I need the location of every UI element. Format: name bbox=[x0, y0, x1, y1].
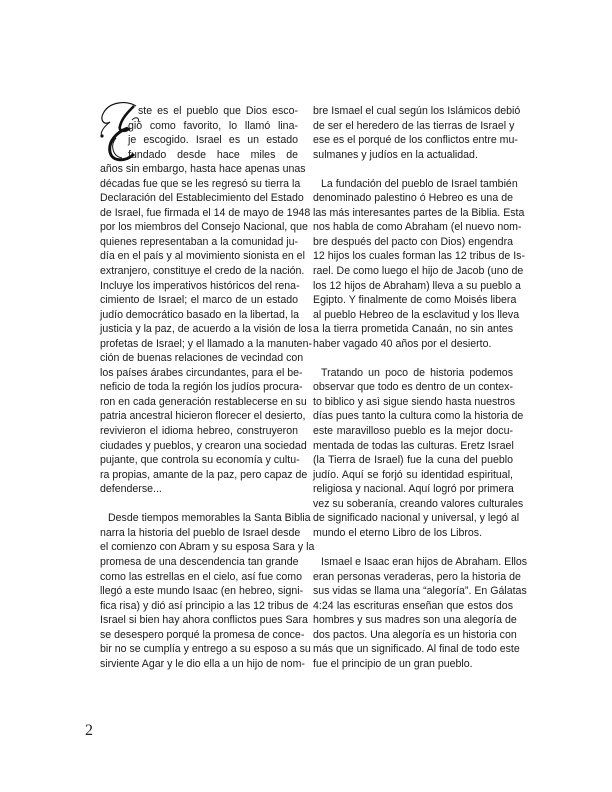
text-line: revivieron el idioma hebreo, construyero… bbox=[100, 424, 298, 439]
text-line: dos pactos. Una alegoría es un historia … bbox=[313, 628, 513, 643]
text-line: judío. Aquí se forjó su identidad espiri… bbox=[313, 468, 513, 483]
text-line: fica risa) y dió así principio a las 12 … bbox=[100, 599, 298, 614]
text-line: de significado nacional y universal, y l… bbox=[313, 511, 513, 526]
text-line: ra propias, amante de la paz, pero capaz… bbox=[100, 468, 298, 483]
text-line: más que un significado. Al final de todo… bbox=[313, 642, 513, 657]
text-line: Desde tiempos memorables la Santa Biblia bbox=[100, 511, 298, 526]
text-line: el comienzo con Abram y su esposa Sara y… bbox=[100, 540, 298, 555]
text-line: las más interesantes partes de la Biblia… bbox=[313, 206, 513, 221]
text-line: La fundación del pueblo de Israel tambié… bbox=[313, 177, 513, 192]
text-line: este maravilloso pueblo es la mejor docu… bbox=[313, 424, 513, 439]
text-line: narra la historia del pueblo de Israel d… bbox=[100, 526, 298, 541]
text-line: (la Tierra de Israel) fue la cuna del pu… bbox=[313, 453, 513, 468]
text-line: ste es el pueblo que Dios esco- bbox=[100, 104, 298, 119]
paragraph-gap bbox=[313, 540, 513, 555]
text-line: fundado desde hace miles de bbox=[100, 148, 298, 163]
text-line: por los miembros del Consejo Nacional, q… bbox=[100, 220, 298, 235]
text-line: Egipto. Y finalmente de como Moisés libe… bbox=[313, 293, 513, 308]
text-line: fue el principio de un gran pueblo. bbox=[313, 657, 513, 672]
text-line: bre después del pacto con Dios) engendra bbox=[313, 235, 513, 250]
text-line: je escogido. Israel es un estado bbox=[100, 133, 298, 148]
text-line: mundo el eterno Libro de los Libros. bbox=[313, 526, 513, 541]
text-line: extranjero, constituye el credo de la na… bbox=[100, 264, 298, 279]
paragraph-gap bbox=[313, 162, 513, 177]
text-line: de ser el heredero de las tierras de Isr… bbox=[313, 119, 513, 134]
text-line: mentada de todas las culturas. Eretz Isr… bbox=[313, 439, 513, 454]
text-line: vez su soberanía, creando valores cultur… bbox=[313, 497, 513, 512]
text-line: eran personas veraderas, pero la histori… bbox=[313, 570, 513, 585]
left-text-column: ste es el pueblo que Dios esco-gió como … bbox=[100, 104, 298, 671]
text-line: de Israel, fue firmada el 14 de mayo de … bbox=[100, 206, 298, 221]
text-line: décadas fue que se les regresó su tierra… bbox=[100, 177, 298, 192]
text-line: judío democrático basado en la libertad,… bbox=[100, 308, 298, 323]
text-line: hombres y sus madres son una alegoría de bbox=[313, 613, 513, 628]
text-line: sirviente Agar y le dio ella a un hijo d… bbox=[100, 657, 298, 672]
text-line: defenderse... bbox=[100, 482, 298, 497]
text-line: Tratando un poco de historia podemos bbox=[313, 366, 513, 381]
text-line: religiosa y nacional. Aquí logró por pri… bbox=[313, 482, 513, 497]
text-line: 4:24 las escrituras enseñan que estos do… bbox=[313, 599, 513, 614]
text-line: quienes representaban a la comunidad ju- bbox=[100, 235, 298, 250]
right-text-column: bre Ismael el cual según los Islámicos d… bbox=[313, 104, 513, 671]
text-line: 12 hijos los cuales forman las 12 tribus… bbox=[313, 249, 513, 264]
text-line: se desespero porqué la promesa de conce- bbox=[100, 628, 298, 643]
text-line: patria ancestral hicieron florecer el de… bbox=[100, 409, 298, 424]
text-line: denominado palestino ó Hebreo es una de bbox=[313, 191, 513, 206]
text-line: años sin embargo, hasta hace apenas unas bbox=[100, 162, 298, 177]
text-line: los países árabes circundantes, para el … bbox=[100, 366, 298, 381]
text-line: neficio de toda la región los judíos pro… bbox=[100, 380, 298, 395]
paragraph-gap bbox=[100, 497, 298, 512]
text-line: bre Ismael el cual según los Islámicos d… bbox=[313, 104, 513, 119]
text-line: profetas de Israel; y el llamado a la ma… bbox=[100, 337, 298, 352]
text-line: Incluye los imperativos históricos del r… bbox=[100, 279, 298, 294]
text-line: nos habla de como Abraham (el nuevo nom- bbox=[313, 220, 513, 235]
text-line: al pueblo Hebreo de la esclavitud y los … bbox=[313, 308, 513, 323]
text-line: pujante, que controla su economía y cult… bbox=[100, 453, 298, 468]
text-line: ron en cada generación restablecerse en … bbox=[100, 395, 298, 410]
text-line: ese es el porqué de los conflictos entre… bbox=[313, 133, 513, 148]
text-line: justicia y la paz, de acuerdo a la visió… bbox=[100, 322, 298, 337]
text-line: días pues tanto la cultura como la histo… bbox=[313, 409, 513, 424]
text-line: Ismael e Isaac eran hijos de Abraham. El… bbox=[313, 555, 513, 570]
paragraph-gap bbox=[313, 351, 513, 366]
text-line: observar que todo es dentro de un contex… bbox=[313, 380, 513, 395]
text-line: a la tierra prometida Canaán, no sin ant… bbox=[313, 322, 513, 337]
text-line: rael. De como luego el hijo de Jacob (un… bbox=[313, 264, 513, 279]
text-line: to biblico y asì sigue siendo hasta nues… bbox=[313, 395, 513, 410]
text-line: ción de buenas relaciones de vecindad co… bbox=[100, 351, 298, 366]
text-line: promesa de una descendencia tan grande bbox=[100, 555, 298, 570]
text-line: Declaración del Establecimiento del Esta… bbox=[100, 191, 298, 206]
text-line: día en el país y al movimiento sionista … bbox=[100, 249, 298, 264]
text-line: haber vagado 40 años por el desierto. bbox=[313, 337, 513, 352]
text-line: los 12 hijos de Abraham) lleva a su pueb… bbox=[313, 279, 513, 294]
text-line: gió como favorito, lo llamó lina- bbox=[100, 119, 298, 134]
text-line: sulmanes y judíos en la actualidad. bbox=[313, 148, 513, 163]
text-line: ciudades y pueblos, y crearon una socied… bbox=[100, 439, 298, 454]
document-page: ste es el pueblo que Dios esco-gió como … bbox=[0, 0, 612, 792]
text-line: cimiento de Israel; el marco de un estad… bbox=[100, 293, 298, 308]
page-number: 2 bbox=[85, 722, 93, 740]
text-line: como las estrellas en el cielo, así fue … bbox=[100, 570, 298, 585]
text-line: llegó a este mundo Isaac (en hebreo, sig… bbox=[100, 584, 298, 599]
text-line: sus vidas se llama una “alegoría”. En Gá… bbox=[313, 584, 513, 599]
text-line: Israel si bien hay ahora conflictos pues… bbox=[100, 613, 298, 628]
text-line: bir no se cumplía y entrego a su esposo … bbox=[100, 642, 298, 657]
